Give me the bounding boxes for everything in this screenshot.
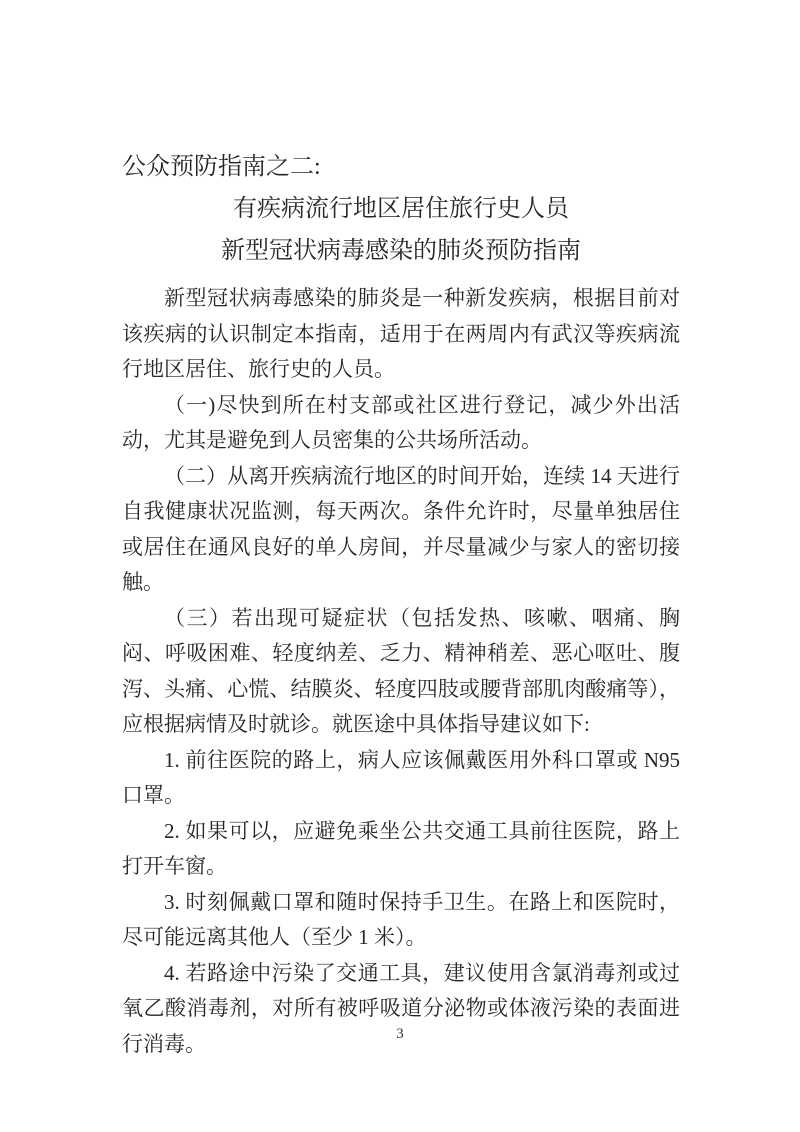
doc-title-line-2: 新型冠状病毒感染的肺炎预防指南	[122, 230, 680, 272]
document-content: 公众预防指南之二: 有疾病流行地区居住旅行史人员 新型冠状病毒感染的肺炎预防指南…	[122, 146, 680, 1062]
page-number: 3	[0, 1026, 800, 1043]
paragraph: （二）从离开疾病流行地区的时间开始，连续 14 天进行自我健康状况监测，每天两次…	[122, 459, 680, 601]
paragraph: 新型冠状病毒感染的肺炎是一种新发疾病，根据目前对该疾病的认识制定本指南，适用于在…	[122, 281, 680, 388]
doc-body: 新型冠状病毒感染的肺炎是一种新发疾病，根据目前对该疾病的认识制定本指南，适用于在…	[122, 281, 680, 1062]
doc-series-label: 公众预防指南之二:	[122, 146, 680, 188]
paragraph: 2. 如果可以，应避免乘坐公共交通工具前往医院，路上打开车窗。	[122, 814, 680, 885]
paragraph: 4. 若路途中污染了交通工具，建议使用含氯消毒剂或过氧乙酸消毒剂，对所有被呼吸道…	[122, 956, 680, 1063]
paragraph: 1. 前往医院的路上，病人应该佩戴医用外科口罩或 N95 口罩。	[122, 743, 680, 814]
paragraph: 3. 时刻佩戴口罩和随时保持手卫生。在路上和医院时，尽可能远离其他人（至少 1 …	[122, 885, 680, 956]
paragraph: （一)尽快到所在村支部或社区进行登记，减少外出活动，尤其是避免到人员密集的公共场…	[122, 388, 680, 459]
document-page: 公众预防指南之二: 有疾病流行地区居住旅行史人员 新型冠状病毒感染的肺炎预防指南…	[0, 0, 800, 1132]
paragraph: （三）若出现可疑症状（包括发热、咳嗽、咽痛、胸闷、呼吸困难、轻度纳差、乏力、精神…	[122, 601, 680, 743]
doc-title-line-1: 有疾病流行地区居住旅行史人员	[122, 188, 680, 230]
